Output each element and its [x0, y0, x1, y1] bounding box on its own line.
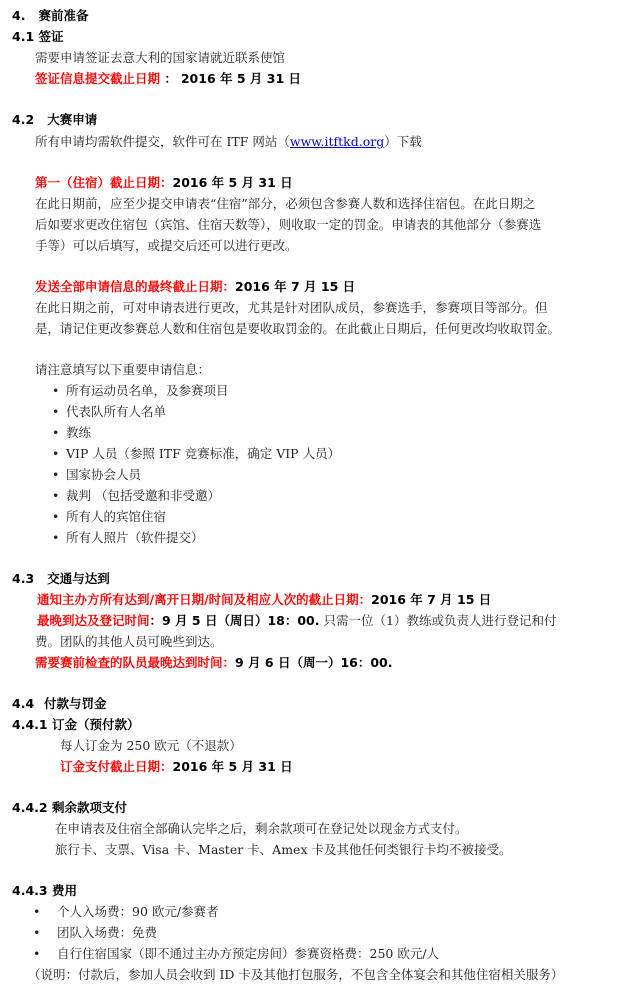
deadline-label: 发送全部申请信息的最终截止日期：: [35, 279, 235, 294]
visa-text: 需要申请签证去意大利的国家请就近联系使馆: [35, 49, 285, 67]
section-4-4-2-heading: 4.4.2剩余款项支付: [12, 799, 127, 817]
fee-note: （说明：付款后，参加人员会收到 ID 卡及其他打包服务，不包含全体宴会和其他住宿…: [28, 966, 563, 984]
section-4-heading: 4. 赛前准备: [12, 7, 89, 25]
arrival-text: 只需一位（1）教练或负责人进行登记和付: [320, 613, 557, 628]
latest-arrival: 最晚到达及登记时间：9 月 5 日（周日）18：00. 只需一位（1）教练或负责…: [37, 612, 556, 630]
section-4-1-heading: 4.1 签证: [12, 28, 64, 46]
list-item: •所有运动员名单，及参赛项目: [52, 382, 229, 400]
list-item-text: 教练: [66, 425, 91, 440]
balance-text-1: 在申请表及住宿全部确认完毕之后，剩余款项可在登记处以现金方式支付。: [55, 820, 468, 838]
deadline-value: 9 月 6 日（周一）16：00.: [235, 655, 393, 670]
notice-text: 请注意填写以下重要申请信息：: [35, 361, 210, 379]
list-item: •所有人照片（软件提交）: [52, 529, 204, 547]
deposit-text: 每人订金为 250 欧元（不退款）: [60, 737, 242, 755]
bullet-icon: •: [52, 403, 66, 421]
first-deadline-text-3: 手等）可以后填写，或提交后还可以进行更改。: [35, 237, 298, 255]
deadline-label: 订金支付截止日期：: [60, 759, 173, 774]
list-item-text: 所有人照片（软件提交）: [66, 530, 204, 545]
section-title: 赛前准备: [39, 8, 89, 23]
deadline-value: 2016 年 5 月 31 日: [173, 175, 293, 190]
list-item-text: VIP 人员（参照 ITF 竞赛标准，确定 VIP 人员）: [66, 446, 340, 461]
final-deadline: 发送全部申请信息的最终截止日期：2016 年 7 月 15 日: [35, 278, 355, 296]
list-item: •VIP 人员（参照 ITF 竞赛标准，确定 VIP 人员）: [52, 445, 340, 463]
bullet-icon: •: [33, 945, 57, 963]
fee-item: •个人入场费：90 欧元/参赛者: [33, 903, 219, 921]
fee-item-text: 自行住宿国家（即不通过主办方预定房间）参赛资格费：250 欧元/人: [57, 946, 439, 961]
list-item-text: 代表队所有人名单: [66, 404, 166, 419]
section-number: 4.4.1: [12, 716, 52, 734]
deadline-label: 签证信息提交截止日期: [35, 71, 160, 86]
list-item-text: 裁判 （包括受邀和非受邀）: [66, 488, 220, 503]
deadline-value: ：9 月 5 日（周日）18：00.: [150, 613, 320, 628]
section-4-2-heading: 4.2 大赛申请: [12, 111, 97, 129]
deadline-label: 通知主办方所有达到/离开日期/时间及相应人次的截止日期：: [37, 592, 371, 607]
first-deadline-text-1: 在此日期前，应至少提交申请表“住宿”部分，必须包含参赛人数和选择住宿包。在此日期…: [35, 195, 535, 213]
section-title: 费用: [52, 883, 77, 898]
first-deadline: 第一（住宿）截止日期：2016 年 5 月 31 日: [35, 174, 293, 192]
section-number: 4.1: [12, 29, 34, 44]
list-item: •所有人的宾馆住宿: [52, 508, 166, 526]
fee-item-text: 团队入场费：免费: [57, 925, 157, 940]
section-4-4-3-heading: 4.4.3费用: [12, 882, 77, 900]
section-4-4-1-heading: 4.4.1订金（预付款）: [12, 716, 140, 734]
deadline-value: 2016 年 5 月 31 日: [181, 71, 301, 86]
itf-website-link[interactable]: www.itftkd.org: [290, 134, 384, 149]
list-item: •国家协会人员: [52, 466, 141, 484]
deadline-label: 最晚到达及登记时间: [37, 613, 150, 628]
bullet-icon: •: [52, 445, 66, 463]
bullet-icon: •: [52, 382, 66, 400]
section-4-3-heading: 4.3 交通与达到: [12, 570, 110, 588]
balance-text-2: 旅行卡、支票、Visa 卡、Master 卡、Amex 卡及其他任何类银行卡均不…: [55, 841, 511, 859]
bullet-icon: •: [52, 466, 66, 484]
notify-deadline: 通知主办方所有达到/离开日期/时间及相应人次的截止日期：2016 年 7 月 1…: [37, 591, 491, 609]
section-title: 交通与达到: [47, 571, 110, 586]
deadline-value: 2016 年 5 月 31 日: [173, 759, 293, 774]
final-deadline-text-1: 在此日期之前，可对申请表进行更改，尤其是针对团队成员，参赛选手，参赛项目等部分。…: [35, 299, 548, 317]
section-number: 4.4.3: [12, 882, 52, 900]
bullet-icon: •: [52, 529, 66, 547]
list-item: •裁判 （包括受邀和非受邀）: [52, 487, 220, 505]
section-number: 4.4: [12, 695, 44, 713]
intro-text-end: ）下载: [384, 134, 422, 149]
section-title: 剩余款项支付: [52, 800, 127, 815]
section-title: 大赛申请: [47, 112, 97, 127]
arrival-text-2: 费。团队的其他人员可晚些到达。: [35, 633, 223, 651]
bullet-icon: •: [33, 903, 57, 921]
deadline-value: 2016 年 7 月 15 日: [371, 592, 491, 607]
final-deadline-text-2: 是，请记住更改参赛总人数和住宿包是要收取罚金的。在此截止日期后，任何更改均收取罚…: [35, 320, 560, 338]
section-number: 4.: [12, 8, 25, 23]
check-deadline: 需要赛前检查的队员最晚达到时间：9 月 6 日（周一）16：00.: [35, 654, 393, 672]
bullet-icon: •: [52, 424, 66, 442]
list-item-text: 国家协会人员: [66, 467, 141, 482]
section-title: 订金（预付款）: [52, 717, 140, 732]
list-item: •教练: [52, 424, 91, 442]
section-title: 付款与罚金: [44, 696, 107, 711]
fee-item-text: 个人入场费：90 欧元/参赛者: [57, 904, 219, 919]
section-number: 4.3: [12, 571, 34, 586]
separator: ：: [160, 71, 177, 86]
visa-deadline: 签证信息提交截止日期 ： 2016 年 5 月 31 日: [35, 70, 301, 88]
deposit-deadline: 订金支付截止日期：2016 年 5 月 31 日: [60, 758, 293, 776]
section-title: 签证: [39, 29, 64, 44]
bullet-icon: •: [33, 924, 57, 942]
list-item-text: 所有人的宾馆住宿: [66, 509, 166, 524]
list-item-text: 所有运动员名单，及参赛项目: [66, 383, 229, 398]
section-4-4-heading: 4.4付款与罚金: [12, 695, 107, 713]
bullet-icon: •: [52, 508, 66, 526]
intro-text: 所有申请均需软件提交，软件可在 ITF 网站（: [35, 134, 290, 149]
section-number: 4.4.2: [12, 799, 52, 817]
application-intro: 所有申请均需软件提交，软件可在 ITF 网站（www.itftkd.org）下载: [35, 133, 422, 151]
list-item: •代表队所有人名单: [52, 403, 166, 421]
fee-item: •自行住宿国家（即不通过主办方预定房间）参赛资格费：250 欧元/人: [33, 945, 439, 963]
deadline-label: 第一（住宿）截止日期：: [35, 175, 173, 190]
deadline-label: 需要赛前检查的队员最晚达到时间：: [35, 655, 235, 670]
deadline-value: 2016 年 7 月 15 日: [235, 279, 355, 294]
bullet-icon: •: [52, 487, 66, 505]
fee-item: •团队入场费：免费: [33, 924, 157, 942]
first-deadline-text-2: 后如要求更改住宿包（宾馆、住宿天数等），则收取一定的罚金。申请表的其他部分（参赛…: [35, 216, 541, 234]
section-number: 4.2: [12, 112, 34, 127]
